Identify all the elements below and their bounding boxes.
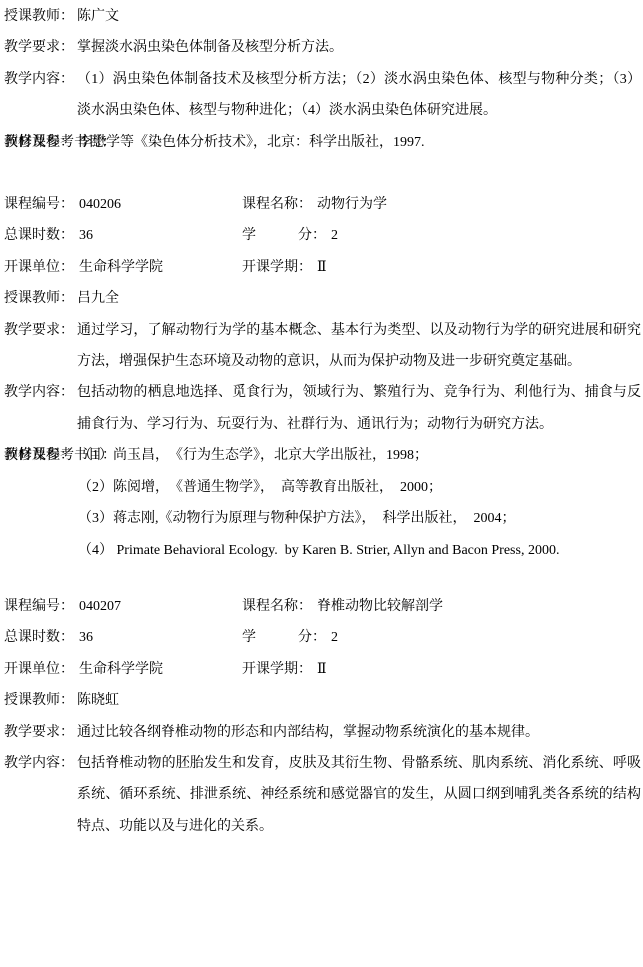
course-name-cell: 课程名称：脊椎动物比较解剖学 [242, 591, 641, 622]
course-number-label: 课程编号： [4, 197, 74, 212]
field-label: 教学内容： [4, 377, 74, 408]
course-section-top: 授课教师：陈广文 教学要求：掌握淡水涡虫染色体制备及核型分析方法。 教学内容：（… [4, 1, 641, 158]
course-number-cell: 课程编号：040207 [4, 591, 242, 622]
credits-label: 学 分： [242, 630, 326, 645]
field-label: 教材及参考书目： [4, 127, 116, 158]
field-value: 包括动物的栖息地选择、觅食行为，领域行为、繁殖行为、竞争行为、利他行为、捕食与反… [77, 385, 641, 431]
course-number-label: 课程编号： [4, 599, 74, 614]
field-label: 教材及参考书目： [4, 440, 116, 471]
course-name-value: 动物行为学 [317, 197, 387, 212]
course-header-row: 总课时数：36 学 分：2 [4, 220, 641, 251]
field-row-requirements: 教学要求：掌握淡水涡虫染色体制备及核型分析方法。 [4, 32, 641, 63]
field-value: 通过学习，了解动物行为学的基本概念、基本行为类型、以及动物行为学的研究进展和研究… [77, 323, 641, 369]
course-name-label: 课程名称： [242, 599, 312, 614]
credits-label: 学 分： [242, 228, 326, 243]
department-cell: 开课单位：生命科学学院 [4, 654, 242, 685]
field-value: 掌握淡水涡虫染色体制备及核型分析方法。 [77, 40, 343, 55]
field-value: 陈广文 [77, 9, 119, 24]
semester-cell: 开课学期：Ⅱ [242, 654, 641, 685]
course-name-label: 课程名称： [242, 197, 312, 212]
course-section-040206: 课程编号：040206 课程名称：动物行为学 总课时数：36 学 分：2 开课单… [4, 189, 641, 566]
field-row-content: 教学内容：包括脊椎动物的胚胎发生和发育，皮肤及其衍生物、骨骼系统、肌肉系统、消化… [4, 748, 641, 842]
department-value: 生命科学学院 [79, 260, 163, 275]
semester-label: 开课学期： [242, 260, 312, 275]
field-label: 教学内容： [4, 64, 74, 95]
field-label: 教学要求： [4, 315, 74, 346]
credits-cell: 学 分：2 [242, 220, 641, 251]
course-header-row: 开课单位：生命科学学院 开课学期：Ⅱ [4, 252, 641, 283]
semester-cell: 开课学期：Ⅱ [242, 252, 641, 283]
field-row-teacher: 授课教师：吕九全 [4, 283, 641, 314]
department-label: 开课单位： [4, 260, 74, 275]
credits-value: 2 [331, 228, 338, 243]
field-value: 包括脊椎动物的胚胎发生和发育，皮肤及其衍生物、骨骼系统、肌肉系统、消化系统、呼吸… [77, 756, 641, 834]
total-hours-cell: 总课时数：36 [4, 622, 242, 653]
course-number-value: 040206 [79, 197, 121, 212]
reference-item: （3）蒋志刚,《动物行为原理与物种保护方法》， 科学出版社， 2004； [4, 503, 641, 534]
course-header-row: 课程编号：040207 课程名称：脊椎动物比较解剖学 [4, 591, 641, 622]
field-row-teacher: 授课教师：陈广文 [4, 1, 641, 32]
field-value: 通过比较各纲脊椎动物的形态和内部结构，掌握动物系统演化的基本规律。 [77, 725, 539, 740]
course-number-value: 040207 [79, 599, 121, 614]
field-row-content: 教学内容：包括动物的栖息地选择、觅食行为，领域行为、繁殖行为、竞争行为、利他行为… [4, 377, 641, 440]
field-row-teacher: 授课教师：陈晓虹 [4, 685, 641, 716]
total-hours-label: 总课时数： [4, 630, 74, 645]
course-header-row: 开课单位：生命科学学院 开课学期：Ⅱ [4, 654, 641, 685]
field-label: 授课教师： [4, 283, 74, 314]
credits-value: 2 [331, 630, 338, 645]
course-name-value: 脊椎动物比较解剖学 [317, 599, 443, 614]
course-section-040207: 课程编号：040207 课程名称：脊椎动物比较解剖学 总课时数：36 学 分：2… [4, 591, 641, 842]
course-header-row: 课程编号：040206 课程名称：动物行为学 [4, 189, 641, 220]
field-value: （1）涡虫染色体制备技术及核型分析方法；（2）淡水涡虫染色体、核型与物种分类；（… [77, 72, 641, 118]
semester-value: Ⅱ [317, 662, 327, 677]
field-label: 教学要求： [4, 32, 74, 63]
total-hours-cell: 总课时数：36 [4, 220, 242, 251]
field-label: 教学内容： [4, 748, 74, 779]
course-name-cell: 课程名称：动物行为学 [242, 189, 641, 220]
syllabus-document-page: 授课教师：陈广文 教学要求：掌握淡水涡虫染色体制备及核型分析方法。 教学内容：（… [0, 0, 643, 967]
course-header-row: 总课时数：36 学 分：2 [4, 622, 641, 653]
field-value: 吕九全 [77, 291, 119, 306]
field-label: 授课教师： [4, 1, 74, 32]
field-row-content: 教学内容：（1）涡虫染色体制备技术及核型分析方法；（2）淡水涡虫染色体、核型与物… [4, 64, 641, 127]
semester-label: 开课学期： [242, 662, 312, 677]
reference-item: （2）陈阅增， 《普通生物学》， 高等教育出版社， 2000； [4, 472, 641, 503]
field-label: 教学要求： [4, 717, 74, 748]
credits-cell: 学 分：2 [242, 622, 641, 653]
semester-value: Ⅱ [317, 260, 327, 275]
field-row-requirements: 教学要求：通过比较各纲脊椎动物的形态和内部结构，掌握动物系统演化的基本规律。 [4, 717, 641, 748]
department-label: 开课单位： [4, 662, 74, 677]
total-hours-value: 36 [79, 228, 93, 243]
total-hours-value: 36 [79, 630, 93, 645]
department-cell: 开课单位：生命科学学院 [4, 252, 242, 283]
field-label: 授课教师： [4, 685, 74, 716]
field-value: 陈晓虹 [77, 693, 119, 708]
department-value: 生命科学学院 [79, 662, 163, 677]
reference-item: （4） Primate Behavioral Ecology. by Karen… [4, 535, 641, 566]
total-hours-label: 总课时数： [4, 228, 74, 243]
field-row-requirements: 教学要求：通过学习，了解动物行为学的基本概念、基本行为类型、以及动物行为学的研究… [4, 315, 641, 378]
course-number-cell: 课程编号：040206 [4, 189, 242, 220]
